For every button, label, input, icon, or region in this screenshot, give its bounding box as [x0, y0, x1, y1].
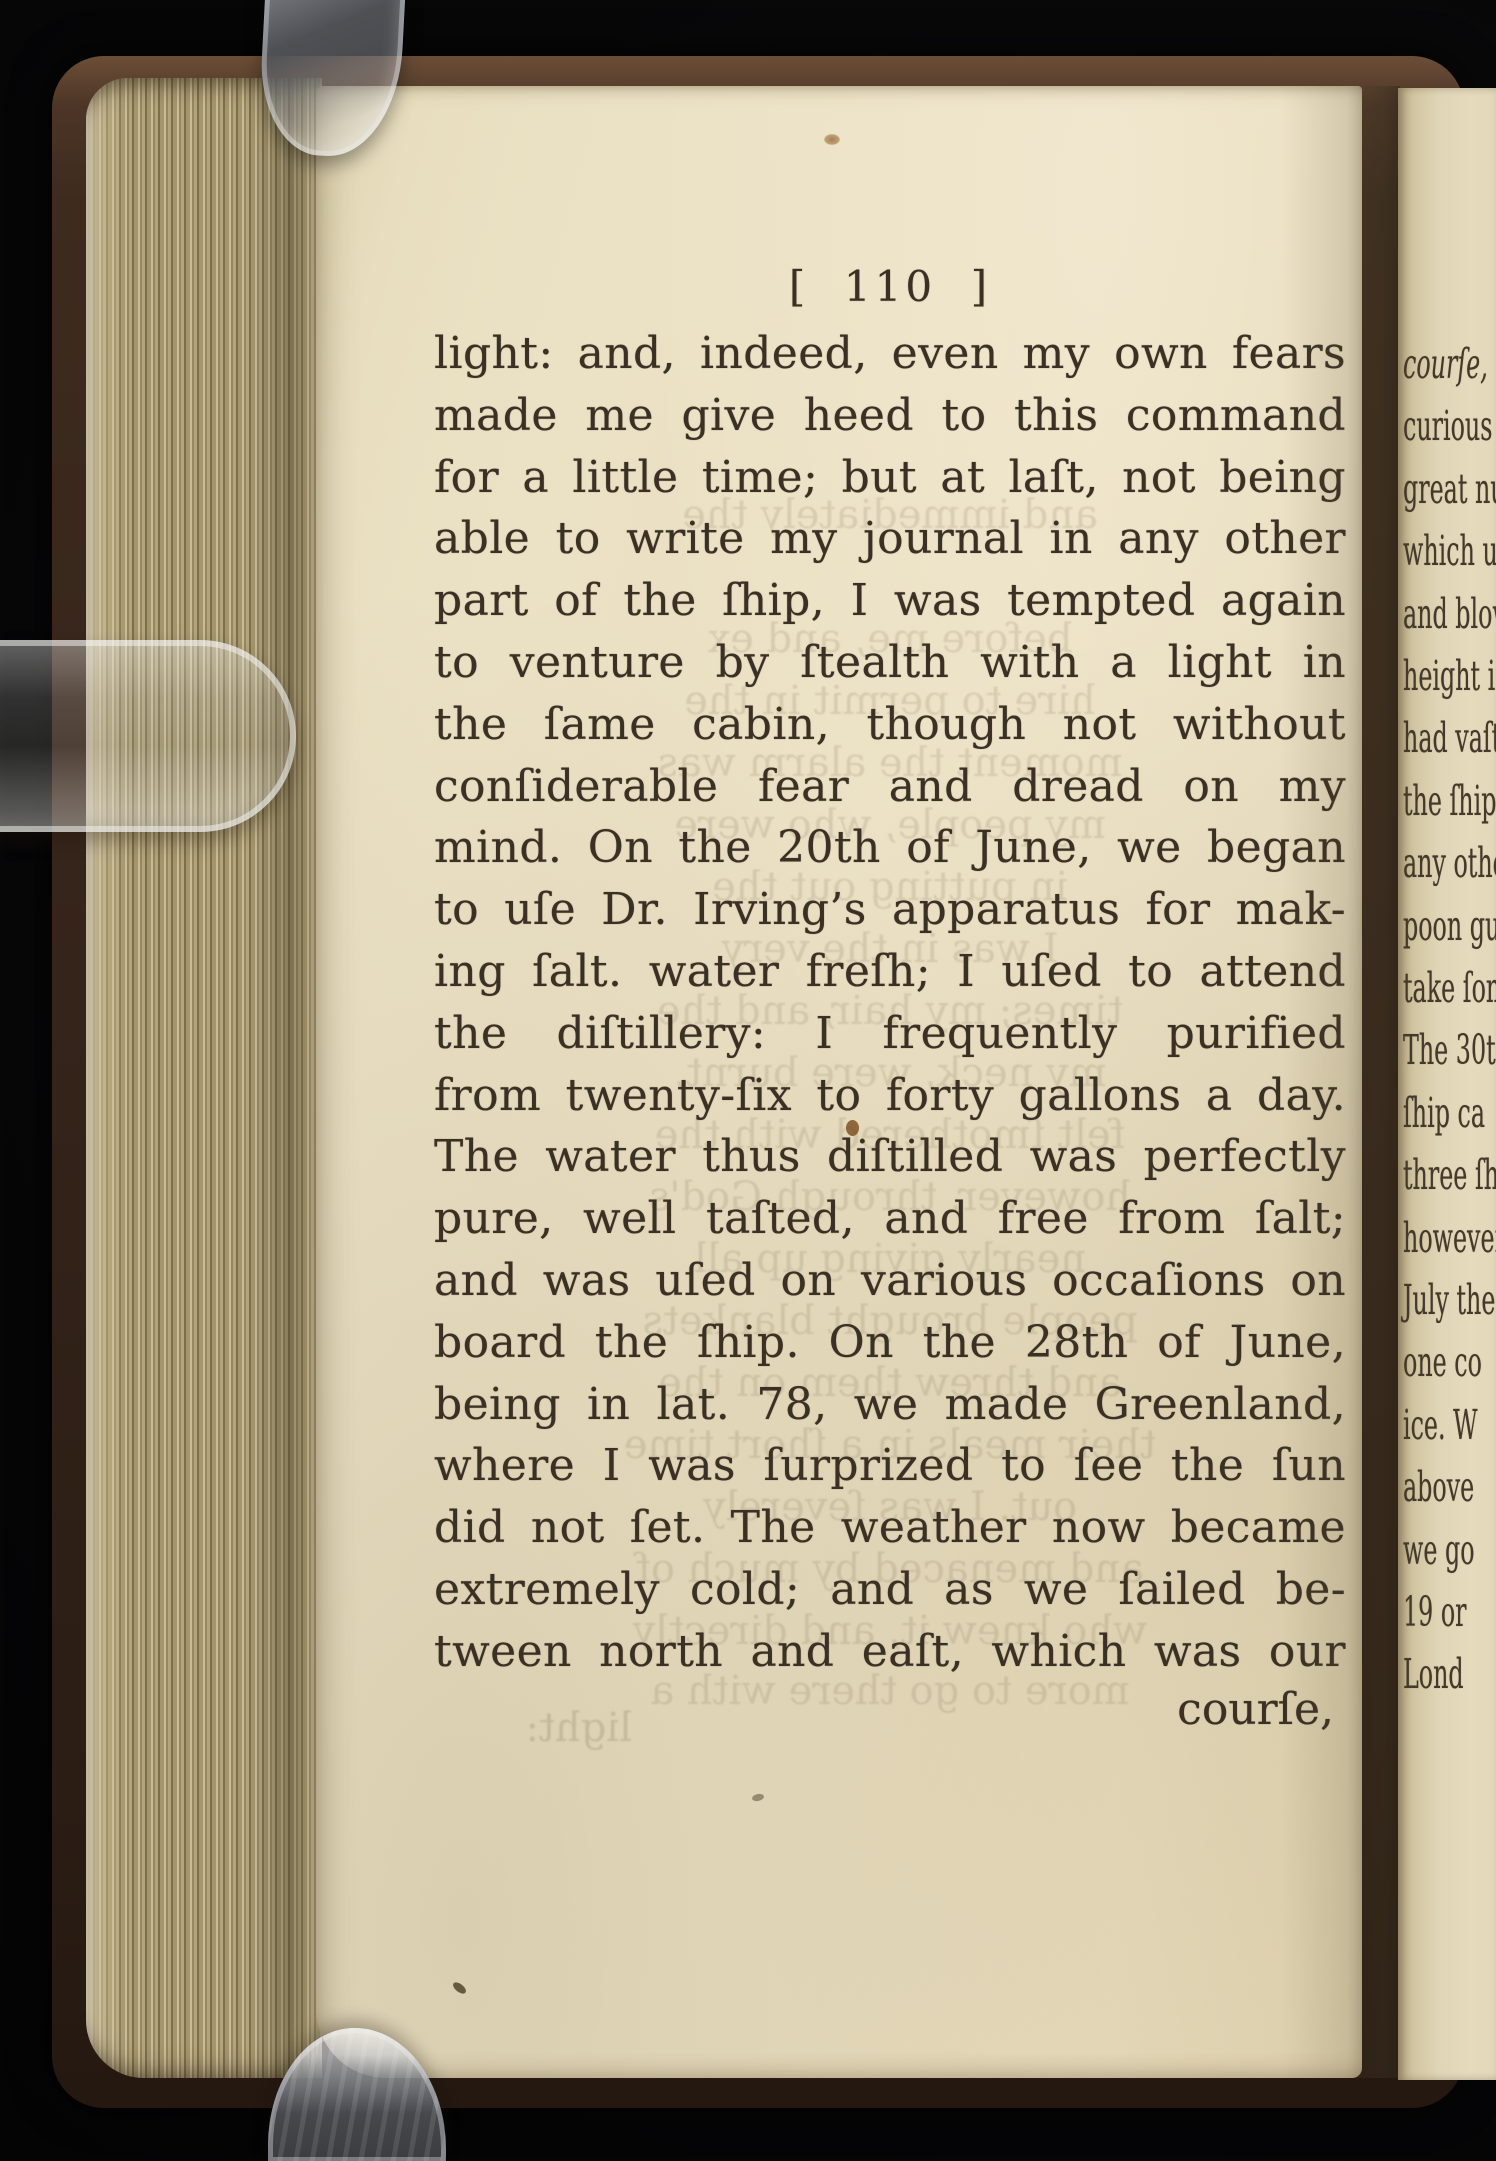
- sliver-text-line: ſhip ca: [1403, 1085, 1496, 1141]
- book-photo: and immediately the before me, and ex hi…: [0, 0, 1496, 2161]
- sliver-text-line: three ſhi: [1403, 1147, 1496, 1203]
- text-line: part of the ſhip, I was tempted again: [434, 572, 1346, 634]
- page-fore-edge: [86, 78, 322, 2078]
- text-line: light: and, indeed, even my own fears: [434, 325, 1346, 387]
- text-line: and was uſed on various occaſions on: [434, 1252, 1346, 1314]
- text-line: the ſame cabin, though not without: [434, 696, 1346, 758]
- text-line: from twenty-ſix to forty gallons a day.: [434, 1067, 1346, 1129]
- text-line: able to write my journal in any other: [434, 510, 1346, 572]
- sliver-text-line: ice. W: [1403, 1397, 1496, 1453]
- page-number: [ 110 ]: [434, 262, 1346, 311]
- text-line: for a little time; but at laſt, not bein…: [434, 449, 1346, 511]
- sliver-text-line: great nur: [1403, 461, 1496, 517]
- text-line: did not ſet. The weather now became: [434, 1499, 1346, 1561]
- right-page-sliver: courſe, w curious m great nur which uſe …: [1398, 88, 1496, 2080]
- sliver-text-line: Lond: [1403, 1646, 1496, 1702]
- text-line: board the ſhip. On the 28th of June,: [434, 1314, 1346, 1376]
- paper-stain: [824, 134, 840, 145]
- sliver-text-line: any other: [1403, 835, 1496, 891]
- page-holder-clip-left: [0, 640, 296, 832]
- text-line: made me give heed to this command: [434, 387, 1346, 449]
- text-line: to uſe Dr. Irving’s apparatus for mak-: [434, 881, 1346, 943]
- sliver-text-line: July the: [1403, 1272, 1496, 1328]
- text-line: tween north and eaſt, which was our: [434, 1623, 1346, 1685]
- text-line: mind. On the 20th of June, we began: [434, 819, 1346, 881]
- text-line: extremely cold; and as we ſailed be-: [434, 1561, 1346, 1623]
- text-line: to venture by ſtealth with a light in: [434, 634, 1346, 696]
- paper-stain: [846, 1120, 859, 1136]
- catchword: courſe,: [434, 1684, 1348, 1735]
- text-line: ing ſalt. water freſh; I uſed to attend: [434, 943, 1346, 1005]
- text-line: pure, well taſted, and free from ſalt;: [434, 1190, 1346, 1252]
- text-line: the diſtillery: I frequently purified: [434, 1005, 1346, 1067]
- sliver-text-line: which uſe: [1403, 523, 1496, 579]
- sliver-text-line: the ſhip,: [1403, 773, 1496, 829]
- sliver-text-line: however: [1403, 1210, 1496, 1266]
- sliver-text-line: curious m: [1403, 398, 1496, 454]
- sliver-text-line: above: [1403, 1459, 1496, 1515]
- text-line: where I was ſurprized to ſee the ſun: [434, 1437, 1346, 1499]
- text-line: conſiderable fear and dread on my: [434, 758, 1346, 820]
- text-line: The water thus diſtilled was perfectly: [434, 1128, 1346, 1190]
- sliver-text-line: poon gu: [1403, 898, 1496, 954]
- sliver-text-line: The 30th: [1403, 1022, 1496, 1078]
- sliver-text-line: one co: [1403, 1334, 1496, 1390]
- sliver-text-line: and blow: [1403, 586, 1496, 642]
- sliver-text-line: 19 or: [1403, 1584, 1496, 1640]
- text-line: being in lat. 78, we made Greenland,: [434, 1376, 1346, 1438]
- sliver-text-line: we go: [1403, 1522, 1496, 1578]
- sliver-text-line: height in: [1403, 648, 1496, 704]
- sliver-text-line: take ſom: [1403, 960, 1496, 1016]
- sliver-text-line: had vaſt: [1403, 710, 1496, 766]
- sliver-text-line: courſe, w: [1403, 336, 1496, 392]
